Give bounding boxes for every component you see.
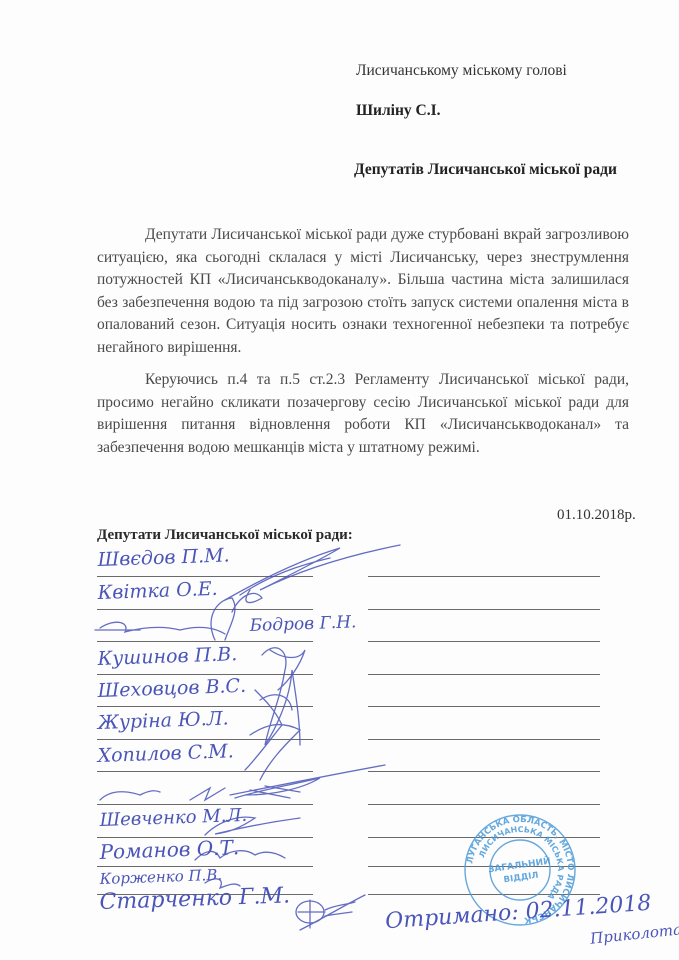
handwritten-name: Квітка О.Е.: [97, 578, 218, 604]
handwritten-name: Корженко П.В.: [99, 866, 222, 888]
paragraph-1: Депутати Лисичанської міської ради дуже …: [97, 224, 629, 360]
signature-line: [97, 674, 313, 675]
handwritten-name: Бодров Г.Н.: [249, 612, 356, 636]
signature-line: [368, 674, 600, 675]
signature-line: [368, 609, 600, 610]
handwritten-name: Шеховцов В.С.: [97, 675, 246, 702]
handwritten-name: Швєдов П.М.: [97, 544, 230, 571]
signature-line: [368, 706, 600, 707]
handwritten-name: Старченко Г.М.: [99, 883, 290, 915]
document-date: 01.10.2018р.: [557, 507, 636, 524]
signature-line: [368, 771, 600, 772]
handwritten-name: Романов О.Т.: [99, 835, 239, 864]
signature-line: [97, 739, 313, 740]
document-page: Лисичанському міському голові Шиліну С.І…: [0, 0, 679, 960]
signature-line: [368, 739, 600, 740]
addressee-title: Лисичанському міському голові: [356, 62, 567, 80]
signature-line: [97, 706, 313, 707]
paragraph-2-text: Керуючись п.4 та п.5 ст.2.3 Регламенту Л…: [97, 369, 629, 459]
addressee-name: Шиліну С.І.: [356, 102, 441, 120]
paragraph-1-text: Депутати Лисичанської міської ради дуже …: [97, 224, 629, 360]
signature-line: [97, 771, 313, 772]
handwritten-name: Журіна Ю.Л.: [97, 707, 229, 734]
signature-line: [97, 576, 313, 577]
handwritten-name: Хопилов С.М.: [97, 740, 234, 767]
signature-line: [97, 804, 313, 805]
signature-line: [97, 641, 313, 642]
signature-line: [368, 641, 600, 642]
stamp-center-line2: ВІДДІЛ: [503, 871, 539, 886]
signature-line: [97, 609, 313, 610]
signatures-heading: Депутати Лисичанської міської ради:: [97, 527, 353, 544]
handwritten-name: Кушинов П.В.: [97, 643, 237, 670]
signature-line: [368, 804, 600, 805]
signature-line: [368, 576, 600, 577]
received-signature: Приколота: [589, 920, 679, 948]
sender-line: Депутатів Лисичанської міської ради: [354, 161, 617, 179]
handwritten-name: Шевченко М.Л.: [99, 805, 247, 831]
paragraph-2: Керуючись п.4 та п.5 ст.2.3 Регламенту Л…: [97, 369, 629, 459]
